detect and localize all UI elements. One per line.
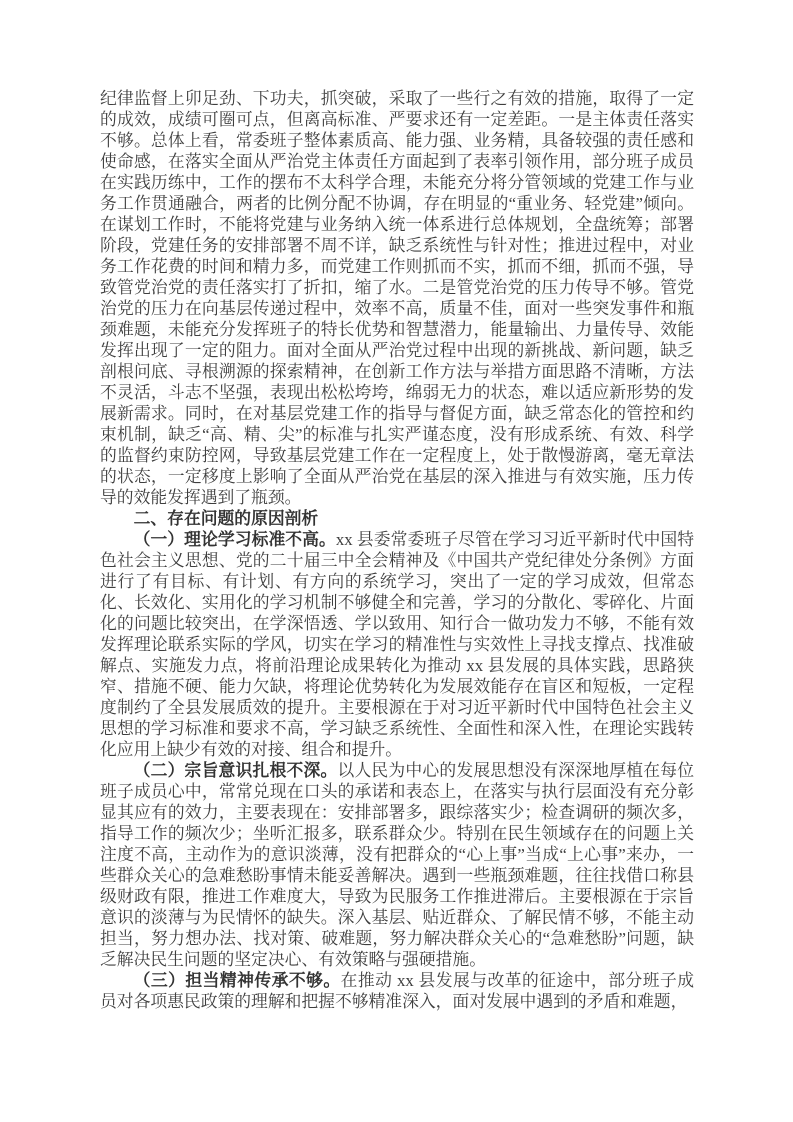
document-page: 纪律监督上卯足劲、下功夫，抓突破，采取了一些行之有效的措施，取得了一定的成效，成… <box>0 0 793 1122</box>
document-body: 纪律监督上卯足劲、下功夫，抓突破，采取了一些行之有效的措施，取得了一定的成效，成… <box>100 88 694 1012</box>
subsection-3-title: （三）担当精神传承不够。 <box>134 971 341 990</box>
text-run: 纪律监督上卯足劲、下功夫，抓突破，采取了一些行之有效的措施，取得了一定的成效，成… <box>100 89 694 507</box>
body-continuation-paragraph: 纪律监督上卯足劲、下功夫，抓突破，采取了一些行之有效的措施，取得了一定的成效，成… <box>100 88 694 508</box>
section-heading: 二、存在问题的原因剖析 <box>100 508 694 529</box>
text-run: 以人民为中心的发展思想没有深深地厚植在每位班子成员心中，常常兑现在口头的承诺和表… <box>100 761 694 969</box>
subsection-2-paragraph: （二）宗旨意识扎根不深。以人民为中心的发展思想没有深深地厚植在每位班子成员心中，… <box>100 760 694 970</box>
subsection-3-paragraph: （三）担当精神传承不够。在推动 xx 县发展与改革的征途中，部分班子成员对各项惠… <box>100 970 694 1012</box>
subsection-1-title: （一）理论学习标准不高。 <box>134 530 336 549</box>
subsection-2-title: （二）宗旨意识扎根不深。 <box>134 761 338 780</box>
text-run: xx 县委常委班子尽管在学习习近平新时代中国特色社会主义思想、党的二十届三中全会… <box>100 530 694 759</box>
section-heading-text: 二、存在问题的原因剖析 <box>134 509 319 528</box>
subsection-1-paragraph: （一）理论学习标准不高。xx 县委常委班子尽管在学习习近平新时代中国特色社会主义… <box>100 529 694 760</box>
